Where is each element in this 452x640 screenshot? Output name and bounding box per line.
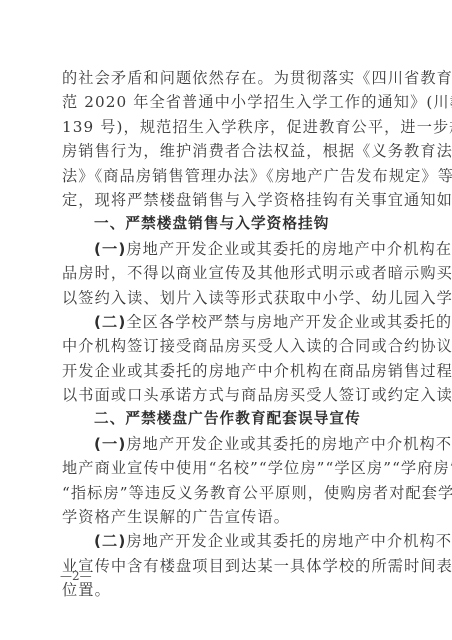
section2-item2-first-line: (二)房地产开发企业或其委托的房地产中介机构不得在商 bbox=[62, 529, 396, 553]
paragraph-line: 地产商业宣传中使用“名校”“学位房”“学区房”“学府房” bbox=[62, 456, 396, 480]
paragraph-line: 学资格产生误解的广告宣传语。 bbox=[62, 505, 396, 529]
paragraph-line: 以书面或口头承诺方式与商品房买受人签订或约定入读协议。 bbox=[62, 383, 396, 407]
paragraph-line: 的社会矛盾和问题依然存在。为贯彻落实《四川省教育厅关于规 bbox=[62, 66, 396, 90]
item-label: (一) bbox=[94, 435, 126, 453]
item-text: 房地产开发企业或其委托的房地产中介机构在销售商 bbox=[126, 240, 452, 258]
paragraph-line: 139 号)，规范招生入学秩序，促进教育公平，进一步规范商品 bbox=[62, 115, 396, 139]
item-text: 房地产开发企业或其委托的房地产中介机构不得在商 bbox=[126, 532, 452, 550]
paragraph-line: 中介机构签订接受商品房买受人入读的合同或合约协议。房地产 bbox=[62, 334, 396, 358]
item-label: (二) bbox=[94, 313, 126, 331]
section2-item1-first-line: (一)房地产开发企业或其委托的房地产中介机构不得在房 bbox=[62, 432, 396, 456]
paragraph-line: 位置。 bbox=[62, 578, 396, 602]
item-label: (一) bbox=[94, 240, 126, 258]
item-text: 房地产开发企业或其委托的房地产中介机构不得在房 bbox=[126, 435, 452, 453]
section-heading-2: 二、严禁楼盘广告作教育配套误导宣传 bbox=[62, 407, 396, 431]
paragraph-line: 开发企业或其委托的房地产中介机构在商品房销售过程中，严禁 bbox=[62, 359, 396, 383]
paragraph-line: “指标房”等违反义务教育公平原则，使购房者对配套学校或入 bbox=[62, 481, 396, 505]
section-heading-1: 一、严禁楼盘销售与入学资格挂钩 bbox=[62, 212, 396, 236]
paragraph-line: 房销售行为，维护消费者合法权益，根据《义务教育法》《广告 bbox=[62, 139, 396, 163]
paragraph-line: 业宣传中含有楼盘项目到达某一具体学校的所需时间表示项目 bbox=[62, 554, 396, 578]
item-text: 全区各学校严禁与房地产开发企业或其委托的房地产 bbox=[126, 313, 452, 331]
item-label: (二) bbox=[94, 532, 126, 550]
document-page: 的社会矛盾和问题依然存在。为贯彻落实《四川省教育厅关于规 范 2020 年全省普… bbox=[0, 0, 452, 640]
document-body: 的社会矛盾和问题依然存在。为贯彻落实《四川省教育厅关于规 范 2020 年全省普… bbox=[62, 66, 396, 603]
paragraph-line: 法》《商品房销售管理办法》《房地产广告发布规定》等相关规 bbox=[62, 164, 396, 188]
paragraph-line: 以签约入读、划片入读等形式获取中小学、幼儿园入学资格。 bbox=[62, 286, 396, 310]
page-number: —2— bbox=[60, 569, 92, 583]
section1-item2-first-line: (二)全区各学校严禁与房地产开发企业或其委托的房地产 bbox=[62, 310, 396, 334]
section1-item1-first-line: (一)房地产开发企业或其委托的房地产中介机构在销售商 bbox=[62, 237, 396, 261]
paragraph-line: 品房时，不得以商业宣传及其他形式明示或者暗示购买商品房可 bbox=[62, 261, 396, 285]
paragraph-line: 定，现将严禁楼盘销售与入学资格挂钩有关事宜通知如下。 bbox=[62, 188, 396, 212]
paragraph-line: 范 2020 年全省普通中小学招生入学工作的通知》(川教函〔2020〕 bbox=[62, 90, 396, 114]
